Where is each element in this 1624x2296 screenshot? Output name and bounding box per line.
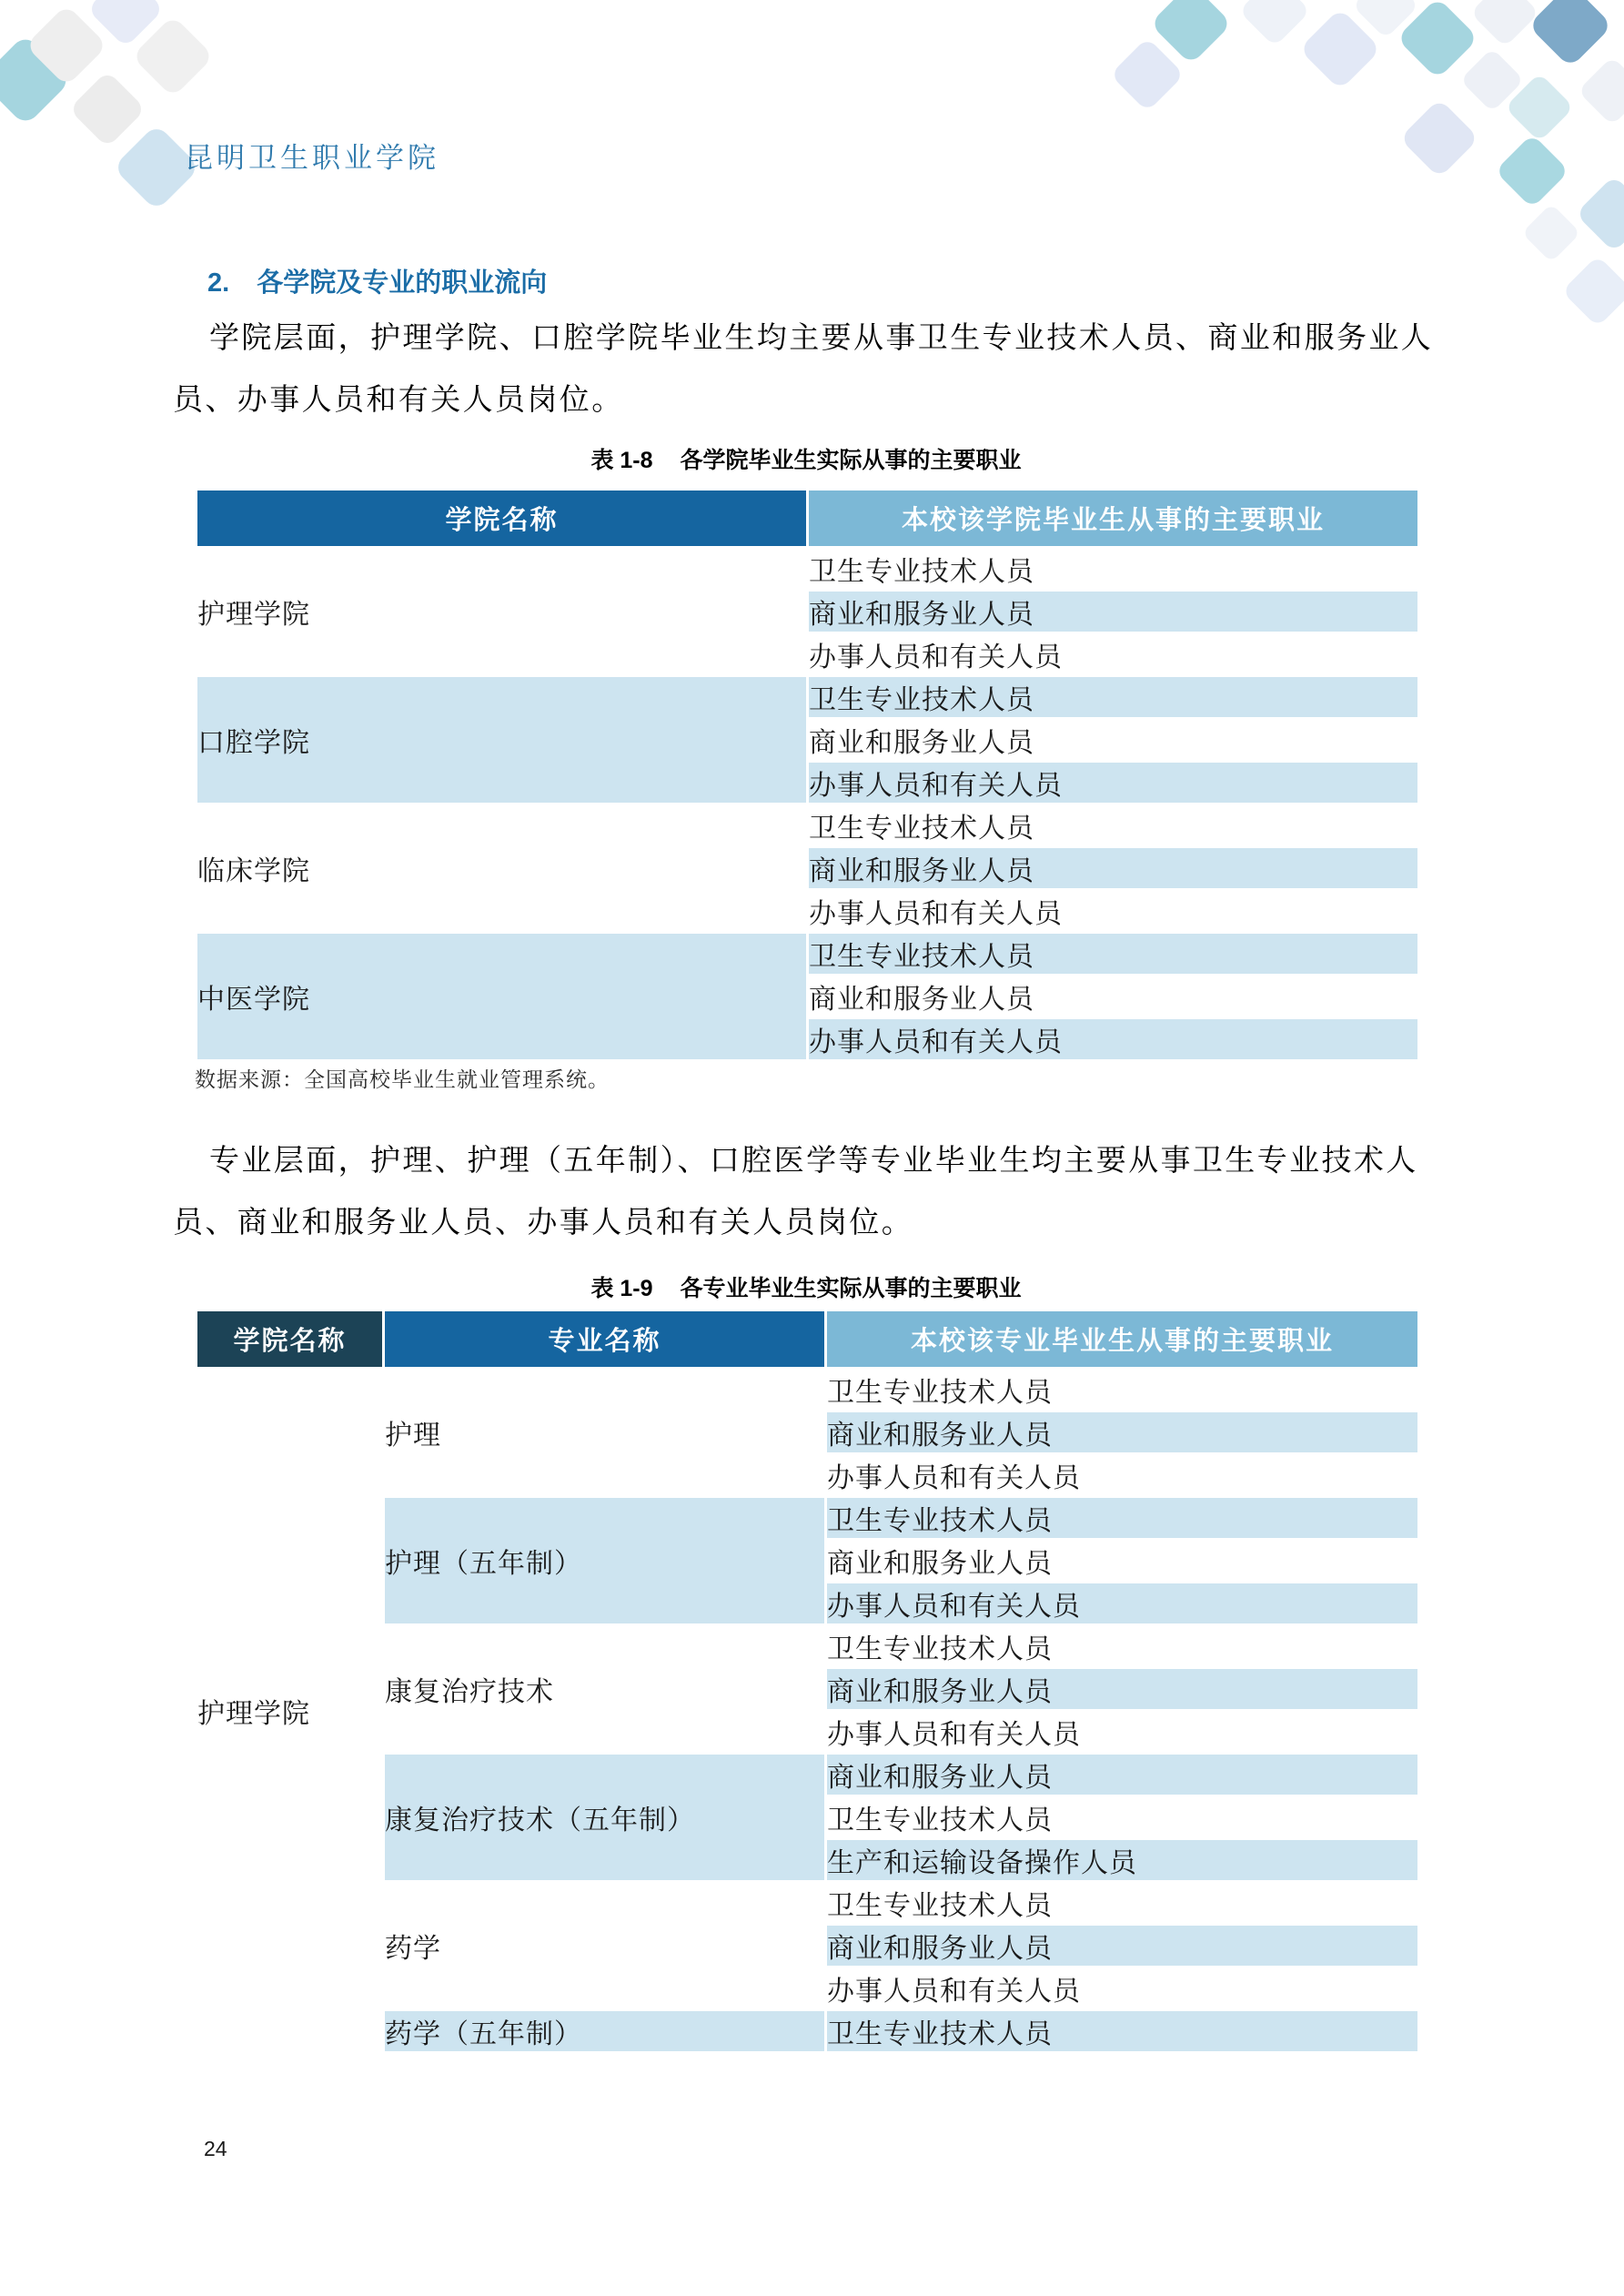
occupation-cell: 卫生专业技术人员 — [808, 804, 1419, 847]
occupation-cell: 卫生专业技术人员 — [826, 1882, 1419, 1925]
decor-diamond — [1561, 255, 1624, 327]
occupation-cell: 商业和服务业人员 — [826, 1668, 1419, 1711]
occupation-cell: 商业和服务业人员 — [826, 1540, 1419, 1583]
college-name-cell: 护理学院 — [197, 548, 808, 676]
table-1-8-header-occupation: 本校该学院毕业生从事的主要职业 — [808, 490, 1419, 548]
occupation-cell: 办事人员和有关人员 — [826, 1583, 1419, 1625]
decor-diamond — [1578, 56, 1624, 126]
paragraph-1: 学院层面，护理学院、口腔学院毕业生均主要从事卫生专业技术人员、商业和服务业人 员… — [173, 308, 1430, 431]
decor-diamond — [69, 71, 146, 148]
college-name-cell: 护理学院 — [197, 1369, 384, 2053]
decor-diamond — [1576, 176, 1624, 253]
occupation-cell: 办事人员和有关人员 — [808, 633, 1419, 676]
paragraph-2: 专业层面，护理、护理（五年制）、口腔医学等专业毕业生均主要从事卫生专业技术人 员… — [173, 1130, 1430, 1254]
occupation-cell: 商业和服务业人员 — [808, 976, 1419, 1018]
occupation-cell: 办事人员和有关人员 — [808, 1018, 1419, 1061]
major-name-cell: 护理（五年制） — [384, 1497, 826, 1625]
section-heading: 2.各学院及专业的职业流向 — [207, 262, 547, 299]
occupation-cell: 办事人员和有关人员 — [826, 1711, 1419, 1754]
occupation-cell: 卫生专业技术人员 — [826, 1497, 1419, 1540]
table-1-9-header-major: 专业名称 — [384, 1310, 826, 1369]
table-row: 护理学院护理卫生专业技术人员 — [197, 1369, 1419, 1411]
table-row: 口腔学院卫生专业技术人员 — [197, 676, 1419, 719]
table-1-9-header-occupation: 本校该专业毕业生从事的主要职业 — [826, 1310, 1419, 1369]
occupation-cell: 卫生专业技术人员 — [826, 1796, 1419, 1839]
occupation-cell: 商业和服务业人员 — [826, 1411, 1419, 1454]
decor-diamond — [1495, 134, 1569, 208]
table-1-9-header-college: 学院名称 — [197, 1310, 384, 1369]
paragraph-line: 学院层面，护理学院、口腔学院毕业生均主要从事卫生专业技术人员、商业和服务业人 — [173, 308, 1430, 369]
table-1-9-caption: 表 1-9各专业毕业生实际从事的主要职业 — [195, 1270, 1417, 1303]
occupation-cell: 商业和服务业人员 — [826, 1754, 1419, 1796]
decor-diamond — [1399, 98, 1479, 178]
page-header-title: 昆明卫生职业学院 — [185, 135, 439, 176]
table-caption-title: 各学院毕业生实际从事的主要职业 — [681, 448, 1022, 473]
paragraph-line: 员、办事人员和有关人员岗位。 — [173, 369, 1430, 431]
occupation-cell: 办事人员和有关人员 — [808, 890, 1419, 933]
occupation-cell: 卫生专业技术人员 — [826, 2010, 1419, 2053]
decor-diamond — [1521, 203, 1580, 262]
table-caption-label: 表 1-9 — [590, 1276, 652, 1301]
occupation-cell: 商业和服务业人员 — [808, 591, 1419, 633]
occupation-cell: 办事人员和有关人员 — [826, 1454, 1419, 1497]
decor-diamond — [1470, 0, 1539, 47]
paragraph-line: 员、商业和服务业人员、办事人员和有关人员岗位。 — [173, 1192, 1430, 1254]
major-name-cell: 护理 — [384, 1369, 826, 1497]
table-row: 临床学院卫生专业技术人员 — [197, 804, 1419, 847]
occupation-cell: 商业和服务业人员 — [826, 1925, 1419, 1967]
table-1-8: 学院名称 本校该学院毕业生从事的主要职业 护理学院卫生专业技术人员商业和服务业人… — [195, 488, 1420, 1062]
college-name-cell: 临床学院 — [197, 804, 808, 933]
table-row: 中医学院卫生专业技术人员 — [197, 933, 1419, 976]
occupation-cell: 卫生专业技术人员 — [808, 933, 1419, 976]
occupation-cell: 卫生专业技术人员 — [808, 676, 1419, 719]
occupation-cell: 生产和运输设备操作人员 — [826, 1839, 1419, 1882]
occupation-cell: 卫生专业技术人员 — [826, 1625, 1419, 1668]
decor-diamond — [1110, 37, 1185, 112]
section-title: 各学院及专业的职业流向 — [257, 268, 547, 298]
college-name-cell: 中医学院 — [197, 933, 808, 1061]
section-number: 2. — [207, 268, 229, 298]
table-1-8-caption: 表 1-8各学院毕业生实际从事的主要职业 — [195, 442, 1417, 475]
table-1-9: 学院名称 专业名称 本校该专业毕业生从事的主要职业 护理学院护理卫生专业技术人员… — [195, 1309, 1420, 2054]
table-caption-title: 各专业毕业生实际从事的主要职业 — [681, 1276, 1022, 1301]
occupation-cell: 办事人员和有关人员 — [808, 762, 1419, 804]
major-name-cell: 药学（五年制） — [384, 2010, 826, 2053]
major-name-cell: 康复治疗技术 — [384, 1625, 826, 1754]
document-page: 昆明卫生职业学院 2.各学院及专业的职业流向 学院层面，护理学院、口腔学院毕业生… — [0, 0, 1624, 2296]
major-name-cell: 康复治疗技术（五年制） — [384, 1754, 826, 1882]
occupation-cell: 商业和服务业人员 — [808, 719, 1419, 762]
college-name-cell: 口腔学院 — [197, 676, 808, 804]
occupation-cell: 办事人员和有关人员 — [826, 1967, 1419, 2010]
decor-diamond — [1238, 0, 1310, 47]
table-row: 护理学院卫生专业技术人员 — [197, 548, 1419, 591]
major-name-cell: 药学 — [384, 1882, 826, 2010]
occupation-cell: 卫生专业技术人员 — [826, 1369, 1419, 1411]
table-caption-label: 表 1-8 — [590, 448, 652, 473]
table-1-8-header-college: 学院名称 — [197, 490, 808, 548]
decor-diamond — [1528, 0, 1612, 68]
paragraph-line: 专业层面，护理、护理（五年制）、口腔医学等专业毕业生均主要从事卫生专业技术人 — [173, 1130, 1430, 1192]
occupation-cell: 卫生专业技术人员 — [808, 548, 1419, 591]
occupation-cell: 商业和服务业人员 — [808, 847, 1419, 890]
page-number: 24 — [204, 2137, 227, 2161]
source-note: 数据来源：全国高校毕业生就业管理系统。 — [195, 1063, 610, 1093]
